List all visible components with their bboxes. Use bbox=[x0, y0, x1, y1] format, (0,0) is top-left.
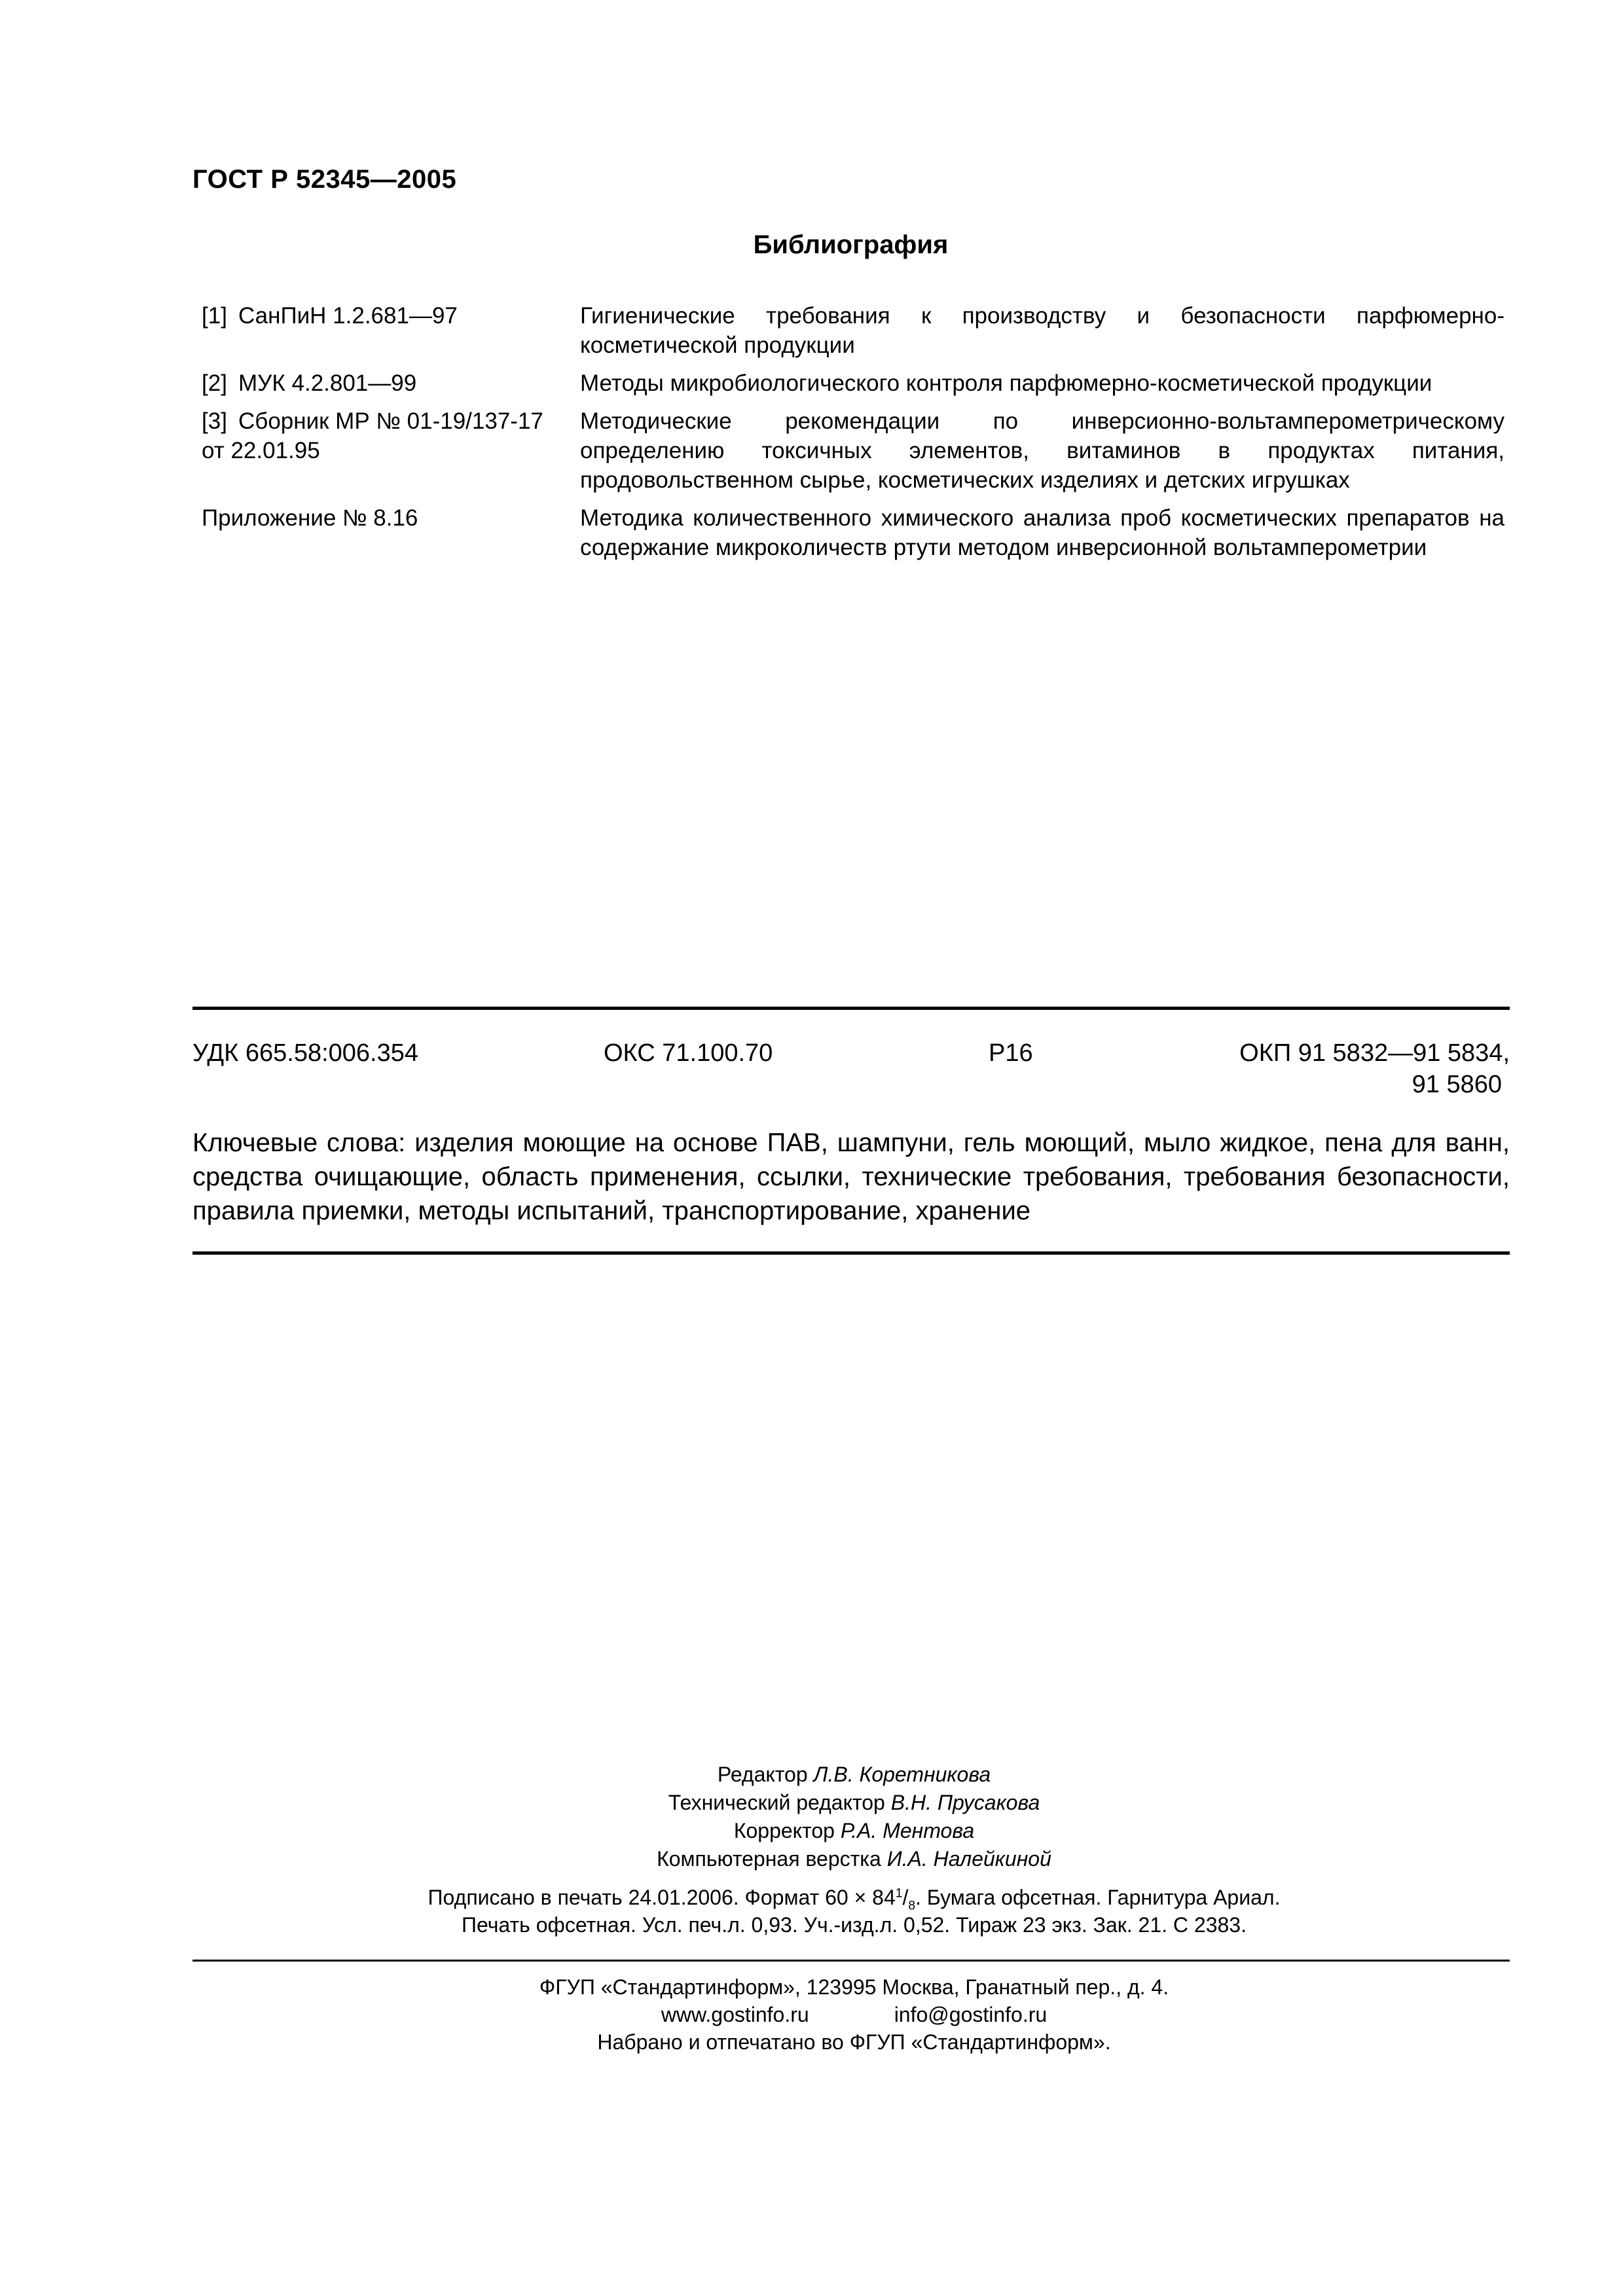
credit-role: Компьютерная верстка bbox=[657, 1847, 881, 1871]
keywords: Ключевые слова: изделия моющие на основе… bbox=[192, 1126, 1510, 1228]
okp-line-1: ОКП 91 5832—91 5834, bbox=[1239, 1039, 1510, 1067]
credit-name: В.Н. Прусакова bbox=[891, 1791, 1040, 1814]
bibliography-entry: Приложение № 8.16 Методика количественно… bbox=[202, 503, 1504, 562]
entry-description: Методические рекомендации по инверсионно… bbox=[580, 406, 1504, 495]
group-code: Р16 bbox=[989, 1037, 1033, 1069]
print-info-line-1: Подписано в печать 24.01.2006. Формат 60… bbox=[85, 1884, 1623, 1911]
entry-number: [2] bbox=[202, 368, 238, 398]
credit-role: Редактор bbox=[718, 1763, 808, 1786]
credit-name: Р.А. Ментова bbox=[841, 1819, 974, 1842]
entry-description: Методика количественного химического ана… bbox=[580, 503, 1504, 562]
credit-proofreader: Корректор Р.А. Ментова bbox=[85, 1817, 1623, 1845]
bibliography-reference: [2]МУК 4.2.801—99 bbox=[202, 368, 580, 398]
fraction-numerator: 1 bbox=[896, 1886, 903, 1900]
credit-editor: Редактор Л.В. Коретникова bbox=[85, 1761, 1623, 1789]
entry-number: [1] bbox=[202, 301, 238, 331]
print-text: . Бумага офсетная. Гарнитура Ариал. bbox=[915, 1886, 1280, 1909]
credit-name: И.А. Налейкиной bbox=[887, 1847, 1051, 1871]
udk-code: УДК 665.58:006.354 bbox=[192, 1037, 418, 1069]
bibliography-reference: [1]СанПиН 1.2.681—97 bbox=[202, 301, 580, 360]
okp-code: ОКП 91 5832—91 5834, 91 5860 bbox=[1239, 1037, 1510, 1100]
entry-ref: СанПиН 1.2.681—97 bbox=[238, 303, 458, 329]
print-text: Подписано в печать 24.01.2006. Формат 60… bbox=[428, 1886, 896, 1909]
divider-publisher bbox=[192, 1960, 1510, 1962]
entry-ref: Сборник МР № 01-19/137-17 bbox=[238, 408, 543, 434]
fraction-slash: / bbox=[902, 1886, 908, 1909]
print-info: Подписано в печать 24.01.2006. Формат 60… bbox=[0, 1884, 1623, 1939]
credit-role: Корректор bbox=[734, 1819, 835, 1842]
publisher-printed-by: Набрано и отпечатано во ФГУП «Стандартин… bbox=[85, 2028, 1623, 2056]
bibliography-heading: Библиография bbox=[0, 230, 1623, 260]
entry-number: [3] bbox=[202, 406, 238, 436]
entry-ref: МУК 4.2.801—99 bbox=[238, 370, 416, 396]
publisher-website[interactable]: www.gostinfo.ru bbox=[661, 2003, 809, 2026]
credit-tech-editor: Технический редактор В.Н. Прусакова bbox=[85, 1789, 1623, 1817]
credit-name: Л.В. Коретникова bbox=[814, 1763, 991, 1786]
credit-role: Технический редактор bbox=[668, 1791, 885, 1814]
print-info-line-2: Печать офсетная. Усл. печ.л. 0,93. Уч.-и… bbox=[85, 1911, 1623, 1939]
divider-keywords bbox=[192, 1251, 1510, 1255]
publisher-info: ФГУП «Стандартинформ», 123995 Москва, Гр… bbox=[0, 1973, 1623, 2056]
bibliography-entry: [3]Сборник МР № 01-19/137-17 от 22.01.95… bbox=[202, 406, 1504, 495]
okp-line-2: 91 5860 bbox=[1412, 1071, 1510, 1098]
bibliography-entry: [2]МУК 4.2.801—99 Методы микробиологичес… bbox=[202, 368, 1504, 398]
divider-top bbox=[192, 1007, 1510, 1010]
publisher-contacts: www.gostinfo.ruinfo@gostinfo.ru bbox=[85, 2001, 1623, 2028]
credits: Редактор Л.В. Коретникова Технический ре… bbox=[0, 1761, 1623, 1873]
oks-code: ОКС 71.100.70 bbox=[604, 1037, 773, 1069]
publisher-address: ФГУП «Стандартинформ», 123995 Москва, Гр… bbox=[85, 1973, 1623, 2001]
bibliography-reference: [3]Сборник МР № 01-19/137-17 от 22.01.95 bbox=[202, 406, 580, 495]
document-code: ГОСТ Р 52345—2005 bbox=[192, 165, 456, 194]
entry-ref-date: от 22.01.95 bbox=[202, 438, 320, 463]
bibliography-reference: Приложение № 8.16 bbox=[202, 503, 580, 562]
publisher-email[interactable]: info@gostinfo.ru bbox=[894, 2003, 1048, 2026]
credit-layout: Компьютерная верстка И.А. Налейкиной bbox=[85, 1845, 1623, 1873]
bibliography-entry: [1]СанПиН 1.2.681—97 Гигиенические требо… bbox=[202, 301, 1504, 360]
bibliography-list: [1]СанПиН 1.2.681—97 Гигиенические требо… bbox=[202, 301, 1504, 571]
entry-description: Гигиенические требования к производству … bbox=[580, 301, 1504, 360]
classification-codes: УДК 665.58:006.354 ОКС 71.100.70 Р16 ОКП… bbox=[192, 1037, 1510, 1103]
entry-ref: Приложение № 8.16 bbox=[202, 505, 418, 531]
entry-description: Методы микробиологического контроля парф… bbox=[580, 368, 1504, 398]
